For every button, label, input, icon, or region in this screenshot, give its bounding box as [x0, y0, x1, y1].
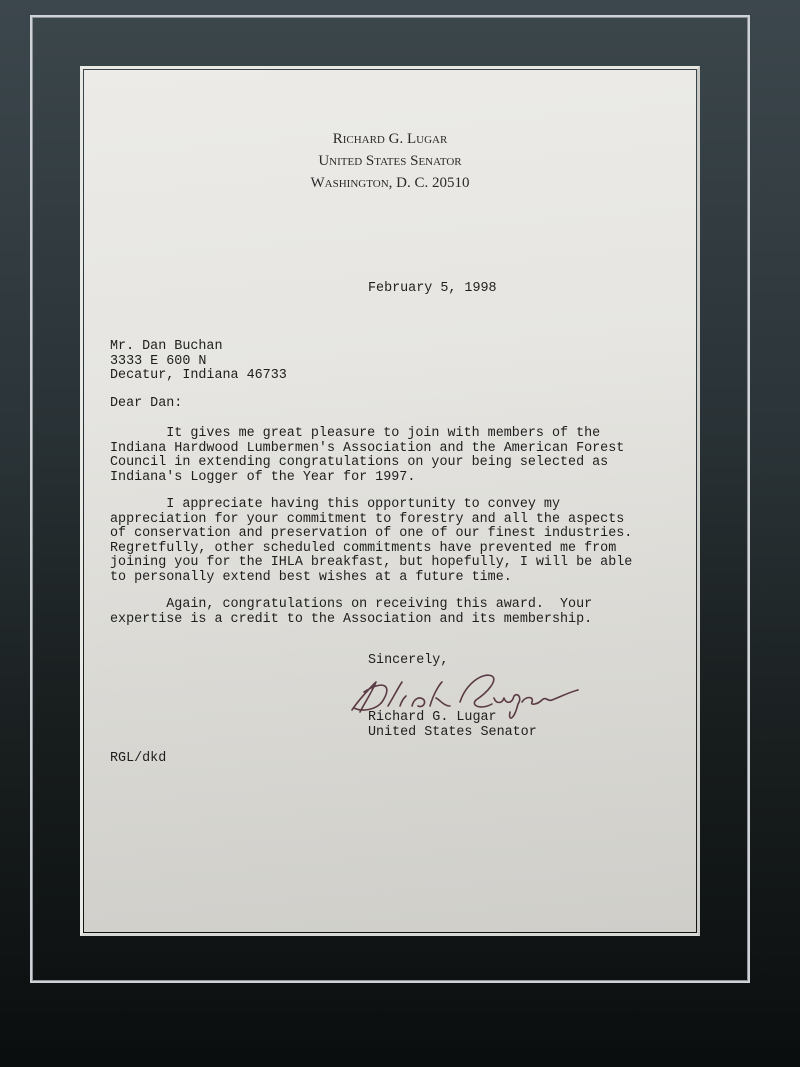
- recipient-name: Mr. Dan Buchan: [110, 340, 287, 355]
- signer-title: United States Senator: [368, 726, 537, 741]
- signer-name: Richard G. Lugar: [368, 711, 537, 726]
- recipient-street: 3333 E 600 N: [110, 355, 287, 370]
- letter-paper: Richard G. Lugar United States Senator W…: [84, 70, 696, 932]
- reference-initials: RGL/dkd: [110, 752, 166, 767]
- recipient-address: Mr. Dan Buchan3333 E 600 NDecatur, India…: [110, 340, 287, 384]
- body-paragraph-1: It gives me great pleasure to join with …: [110, 427, 624, 485]
- letterhead-title: United States Senator: [84, 150, 696, 172]
- letterhead-address: Washington, D. C. 20510: [84, 172, 696, 194]
- letter-date: February 5, 1998: [368, 282, 497, 297]
- letterhead: Richard G. Lugar United States Senator W…: [84, 128, 696, 194]
- body-paragraph-2: I appreciate having this opportunity to …: [110, 498, 632, 586]
- signer-block: Richard G. LugarUnited States Senator: [368, 711, 537, 740]
- salutation: Dear Dan:: [110, 397, 182, 412]
- letterhead-name: Richard G. Lugar: [84, 128, 696, 150]
- body-paragraph-3: Again, congratulations on receiving this…: [110, 598, 592, 627]
- recipient-city: Decatur, Indiana 46733: [110, 369, 287, 384]
